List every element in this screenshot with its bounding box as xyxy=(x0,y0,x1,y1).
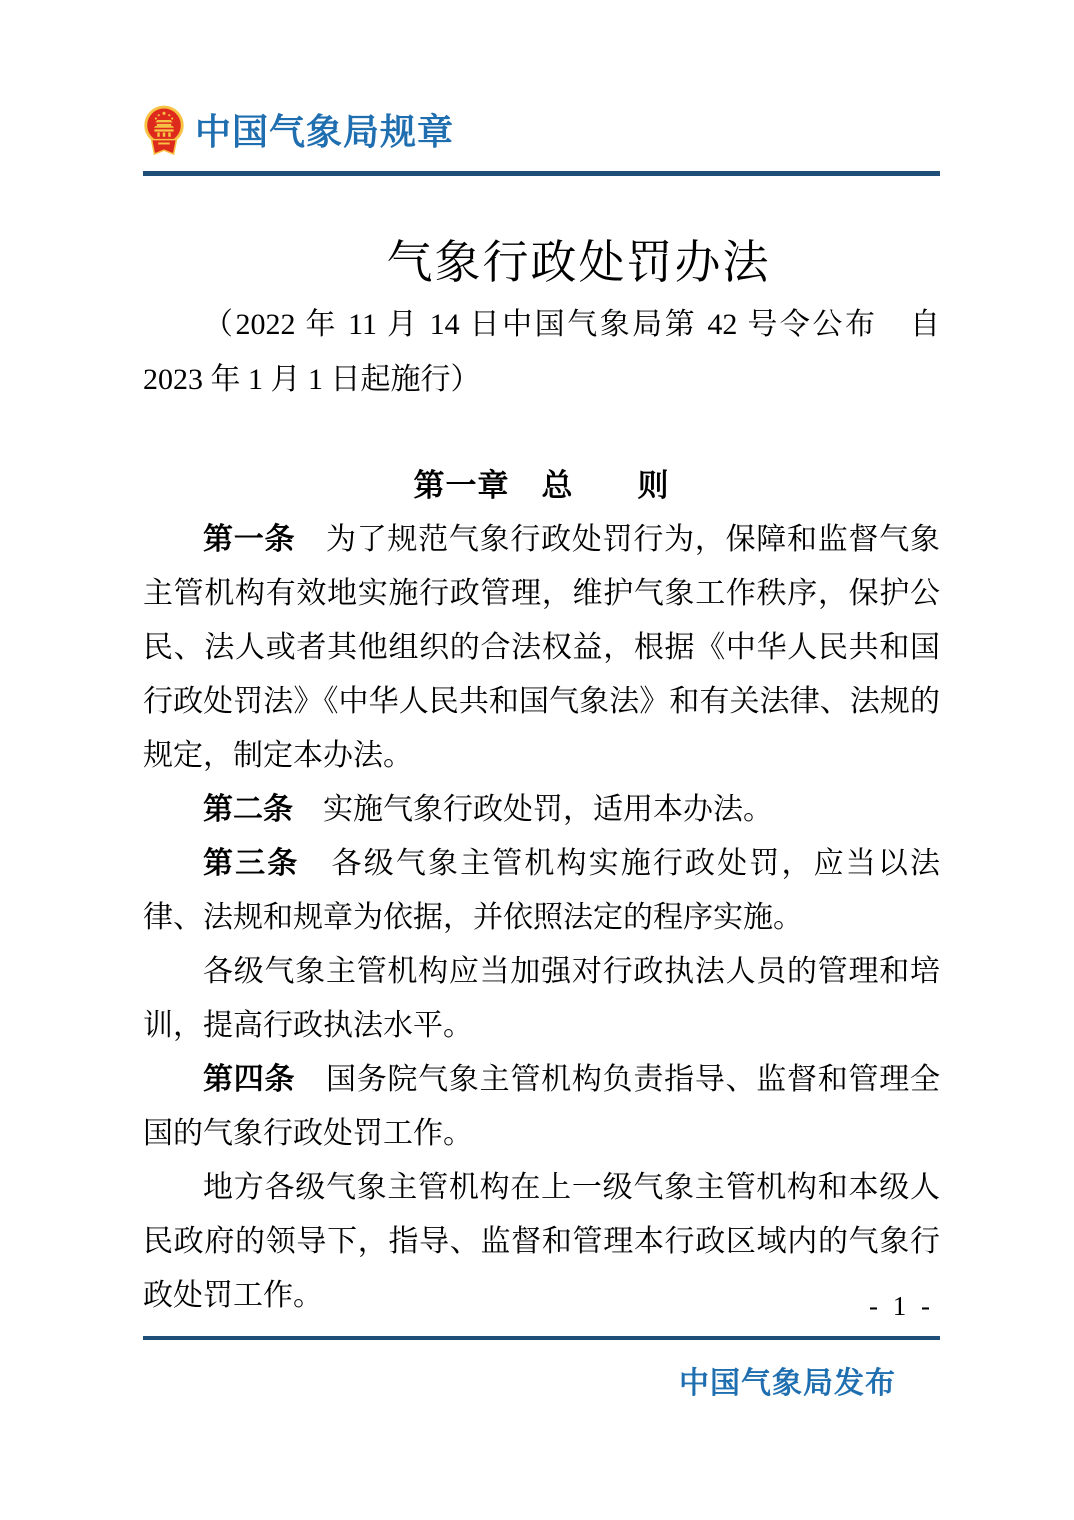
article-paragraph: 第一条 为了规范气象行政处罚行为，保障和监督气象主管机构有效地实施行政管理，维护… xyxy=(143,513,940,783)
publisher-label: 中国气象局发布 xyxy=(679,1358,896,1402)
article-paragraph: 第三条 各级气象主管机构实施行政处罚，应当以法律、法规和规章为依据，并依照法定的… xyxy=(143,837,940,945)
article-number: 第一条 xyxy=(203,523,295,556)
article-number: 第二条 xyxy=(203,793,293,826)
promulgation-note: （2022 年 11 月 14 日中国气象局第 42 号令公布 自 2023 年… xyxy=(143,297,940,407)
document-title: 气象行政处罚办法 xyxy=(180,233,977,293)
national-emblem-icon xyxy=(141,104,187,160)
article-paragraph: 第四条 国务院气象主管机构负责指导、监督和管理全国的气象行政处罚工作。 xyxy=(143,1053,940,1161)
header-agency-label: 中国气象局规章 xyxy=(195,109,454,155)
header: 中国气象局规章 xyxy=(141,104,940,160)
header-divider xyxy=(143,171,940,176)
chapter-heading: 第一章 总 则 xyxy=(143,459,940,513)
article-number: 第三条 xyxy=(203,847,299,880)
continuation-paragraph: 地方各级气象主管机构在上一级气象主管机构和本级人民政府的领导下，指导、监督和管理… xyxy=(143,1161,940,1323)
continuation-paragraph: 各级气象主管机构应当加强对行政执法人员的管理和培训，提高行政执法水平。 xyxy=(143,945,940,1053)
article-number: 第四条 xyxy=(203,1063,295,1096)
document-page: 中国气象局规章 气象行政处罚办法 （2022 年 11 月 14 日中国气象局第… xyxy=(0,0,1074,1520)
page-number: - 1 - xyxy=(869,1288,934,1324)
article-paragraph: 第二条 实施气象行政处罚，适用本办法。 xyxy=(143,783,940,837)
articles-container: 第一条 为了规范气象行政处罚行为，保障和监督气象主管机构有效地实施行政管理，维护… xyxy=(143,513,940,1323)
footer-divider xyxy=(143,1336,940,1340)
document-body: 气象行政处罚办法 （2022 年 11 月 14 日中国气象局第 42 号令公布… xyxy=(143,233,940,1323)
